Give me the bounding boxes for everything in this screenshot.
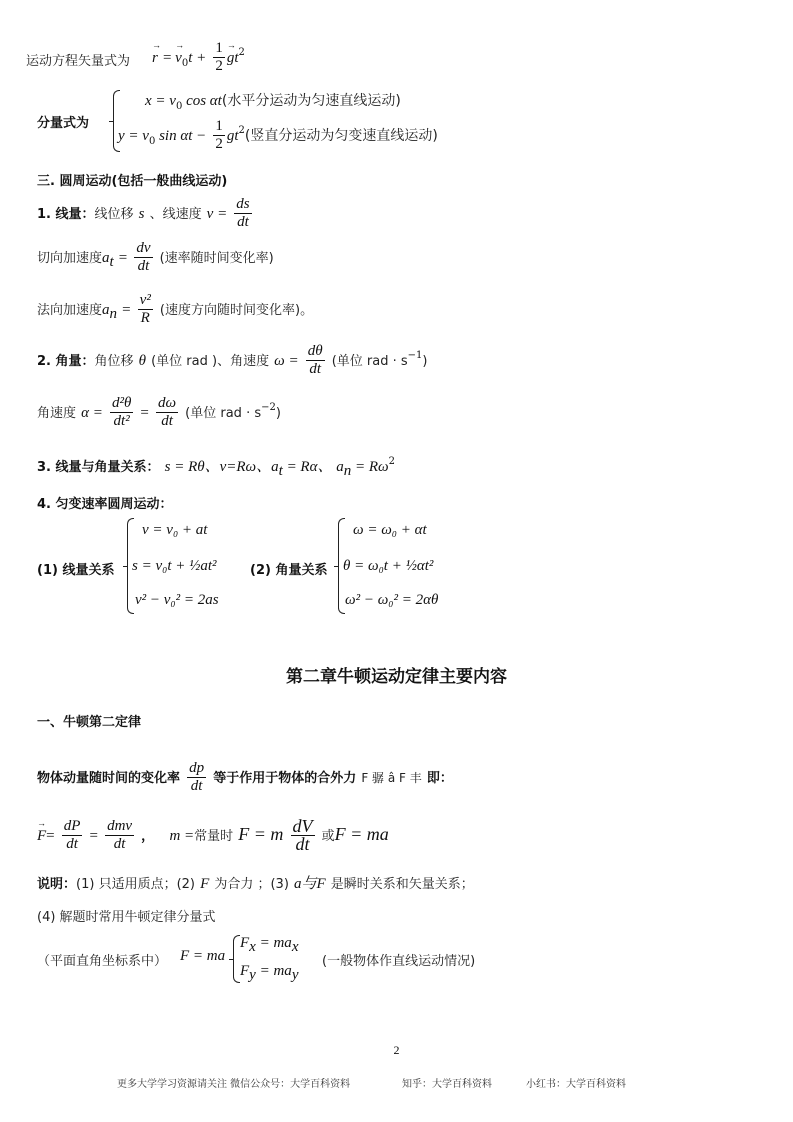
fraction: 12 bbox=[213, 40, 225, 75]
angular-acceleration: 角速度 α = d²θdt² = dωdt (单位 rad · s−2) bbox=[37, 395, 281, 430]
angular-relation-label: (2) 角量关系 bbox=[250, 559, 327, 578]
footer-wechat: 更多大学学习资源请关注 微信公众号：大学百科资料 bbox=[117, 1075, 350, 1090]
component-label: 分量式为 bbox=[37, 112, 89, 131]
note-4: (4) 解题时常用牛顿定律分量式 bbox=[37, 906, 216, 925]
component-form-eq: F = ma bbox=[180, 948, 225, 965]
linear-eq-2: s = v₀t + ½at² bbox=[132, 558, 217, 575]
angular-quantities: 2. 角量：角位移 θ (单位 rad )、角速度 ω = dθdt (单位 r… bbox=[37, 343, 427, 378]
notes: 说明：(1) 只适用质点；(2) F 为合力 ；(3) a与F 是瞬时关系和矢量… bbox=[37, 872, 474, 893]
section-heading-circular-motion: 三. 圆周运动(包括一般曲线运动) bbox=[37, 170, 227, 189]
fx-eq: Fx = max bbox=[240, 932, 298, 956]
footer-xiaohongshu: 小红书：大学百科资料 bbox=[526, 1075, 626, 1090]
brace bbox=[233, 935, 240, 983]
newton-second-law-formula: F= dPdt = dmvdt ， m =常量时 F = m dVdt 或F =… bbox=[37, 818, 389, 853]
linear-relation-label: (1) 线量关系 bbox=[37, 559, 114, 578]
y-component-eq: y = v0 sin αt − 12gt2(竖直分运动为匀变速直线运动) bbox=[118, 118, 438, 153]
vector-equation: r = v0t + 12gt2 bbox=[152, 40, 245, 75]
linear-eq-3: v² − v₀² = 2as bbox=[135, 592, 219, 609]
linear-quantities: 1. 线量：线位移 s 、线速度 v = dsdt bbox=[37, 196, 254, 231]
x-component-eq: x = v0 cos αt(水平分运动为匀速直线运动) bbox=[145, 90, 401, 112]
linear-eq-1: v = v₀ + at bbox=[142, 522, 207, 539]
linear-angular-relation: 3. 线量与角量关系： s = Rθ、v=Rω、at = Rα、 an = Rω… bbox=[37, 455, 395, 480]
section-heading-newton-second-law: 一、牛顿第二定律 bbox=[37, 711, 141, 730]
footer-zhihu: 知乎：大学百科资料 bbox=[402, 1075, 492, 1090]
fy-eq: Fy = may bbox=[240, 960, 298, 984]
garbled-glyphs: F 骣 â F 丰 bbox=[361, 771, 421, 785]
page-number: 2 bbox=[0, 1043, 793, 1058]
vector-eq-label: 运动方程矢量式为 bbox=[26, 50, 130, 69]
angular-eq-2: θ = ω₀t + ½αt² bbox=[343, 558, 433, 575]
chapter-title: 第二章牛顿运动定律主要内容 bbox=[0, 662, 793, 687]
component-form-note: (一般物体作直线运动情况) bbox=[322, 950, 475, 969]
component-form-label: （平面直角坐标系中） bbox=[37, 950, 167, 969]
newton-law-statement: 物体动量随时间的变化率 dpdt 等于作用于物体的合外力 F 骣 â F 丰 即… bbox=[37, 760, 453, 795]
tangential-acceleration: 切向加速度at = dvdt (速率随时间变化率) bbox=[37, 240, 274, 275]
angular-eq-3: ω² − ω₀² = 2αθ bbox=[345, 592, 438, 609]
uniform-circular-heading: 4. 匀变速率圆周运动： bbox=[37, 493, 173, 512]
angular-eq-1: ω = ω₀ + αt bbox=[353, 522, 427, 539]
normal-acceleration: 法向加速度an = v²R (速度方向随时间变化率)。 bbox=[37, 292, 313, 327]
